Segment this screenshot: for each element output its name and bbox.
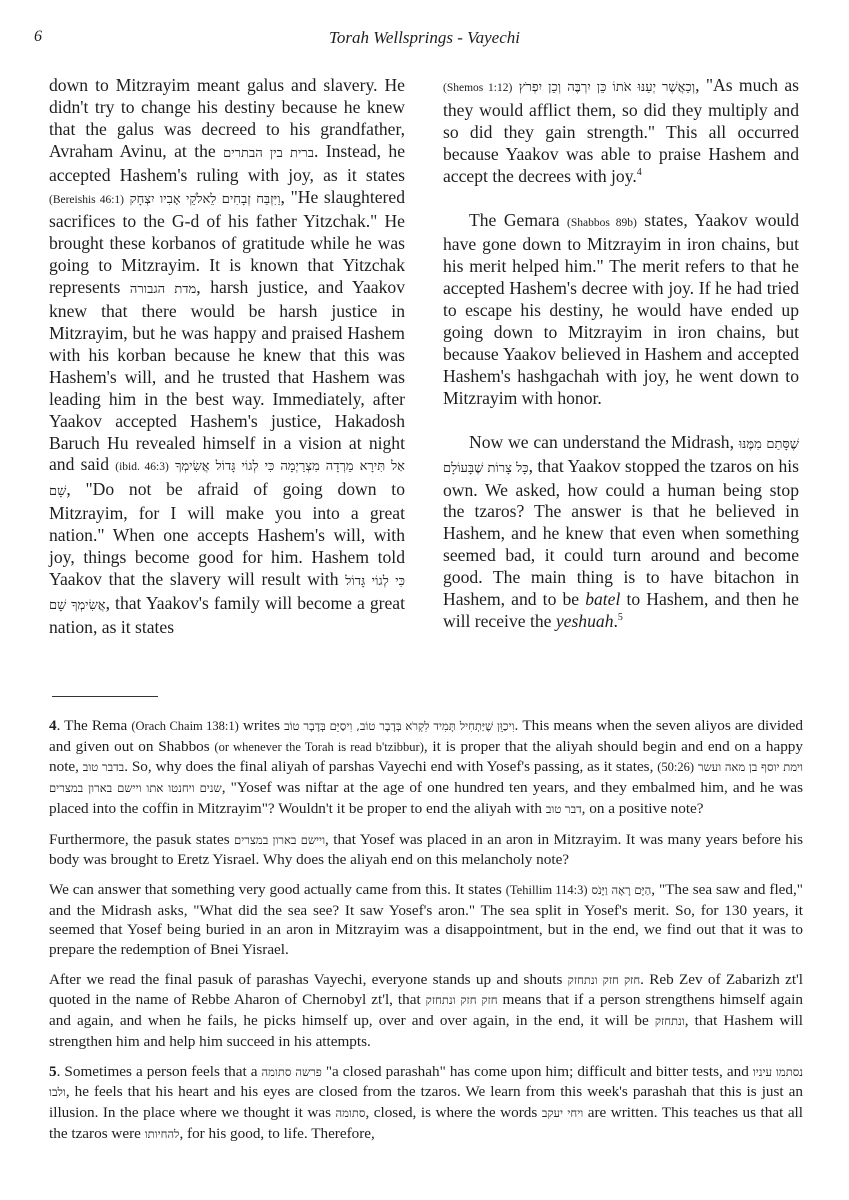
- hebrew-quote: דבר טוב: [546, 802, 582, 816]
- citation: (ibid. 46:3): [115, 461, 169, 473]
- citation: (or whenever the Torah is read b'tzibbur…: [214, 740, 423, 754]
- footnote-4-paragraph: After we read the final pasuk of parasha…: [49, 970, 803, 1052]
- hebrew-quote: וַיִּזְבַּח זְבָחִים לֵאלֹקֵי אָבִיו יִצ…: [130, 192, 281, 207]
- body-text: , that Yaakov stopped the tzaros on his …: [443, 456, 799, 609]
- footnote-number: 5: [49, 1063, 57, 1080]
- footnote-ref[interactable]: 5: [618, 612, 623, 623]
- hebrew-quote: ונתחזק: [655, 1014, 685, 1028]
- hebrew-quote: מדת הגבורה: [130, 282, 196, 297]
- body-paragraph: The Gemara (Shabbos 89b) states, Yaakov …: [443, 210, 799, 410]
- footnote-number: 4: [49, 717, 57, 734]
- footnote-text: . Sometimes a person feels that a: [57, 1063, 262, 1080]
- footnote-text: Furthermore, the pasuk states: [49, 831, 234, 848]
- hebrew-quote: הַיָּם רָאָה וַיָּנֹס: [591, 883, 651, 897]
- footnote-text: . The Rema: [57, 717, 132, 734]
- footnote-4-paragraph: 4. The Rema (Orach Chaim 138:1) writes ו…: [49, 716, 803, 820]
- hebrew-quote: ברית בין הבתרים: [223, 146, 314, 161]
- footnotes-section: 4. The Rema (Orach Chaim 138:1) writes ו…: [49, 716, 803, 1154]
- body-paragraph: down to Mitzrayim meant galus and slaver…: [49, 75, 405, 639]
- italic-term: yeshuah: [556, 611, 614, 631]
- hebrew-quote: חזק חזק ונתחזק: [426, 993, 498, 1007]
- footnote-text: writes: [239, 717, 284, 734]
- body-paragraph: Now we can understand the Midrash, שֶׁסָ…: [443, 432, 799, 633]
- hebrew-quote: סתומה: [336, 1106, 366, 1120]
- citation: (Shabbos 89b): [567, 217, 637, 229]
- hebrew-quote: ויישם בארון במצרים: [234, 833, 325, 847]
- running-title: Torah Wellsprings - Vayechi: [0, 28, 849, 48]
- citation: (Tehillim 114:3): [506, 883, 588, 897]
- footnote-4-paragraph: We can answer that something very good a…: [49, 880, 803, 960]
- footnote-4-paragraph: Furthermore, the pasuk states ויישם בארו…: [49, 830, 803, 870]
- body-paragraph: (Shemos 1:12) וְכַאֲשֶׁר יְעַנּוּ אֹתוֹ …: [443, 75, 799, 188]
- hebrew-quote: חזק חזק ונתחזק: [568, 973, 641, 987]
- footnote-text: , closed, is where the words: [365, 1104, 541, 1121]
- citation: (Bereishis 46:1): [49, 194, 124, 206]
- body-text: states, Yaakov would have gone down to M…: [443, 210, 799, 408]
- body-text: Now we can understand the Midrash,: [469, 432, 739, 452]
- citation: (Orach Chaim 138:1): [131, 719, 238, 733]
- italic-term: batel: [585, 589, 620, 609]
- body-text: , harsh justice, and Yaakov knew that th…: [49, 277, 405, 474]
- hebrew-quote: וִיכַוֵּן שֶׁיַּתְחִיל תָּמִיד לִקְרֹא ב…: [284, 719, 514, 733]
- footnote-text: "a closed parashah" has come upon him; d…: [322, 1063, 753, 1080]
- body-text: The Gemara: [469, 210, 567, 230]
- footnote-divider: [52, 696, 158, 697]
- footnote-ref[interactable]: 4: [637, 167, 642, 178]
- citation: (Shemos 1:12): [443, 82, 512, 94]
- hebrew-quote: ויחי יעקב: [542, 1106, 583, 1120]
- footnote-5-paragraph: 5. Sometimes a person feels that a פרשה …: [49, 1062, 803, 1145]
- page-header: 6 Torah Wellsprings - Vayechi: [0, 28, 849, 52]
- right-column: (Shemos 1:12) וְכַאֲשֶׁר יְעַנּוּ אֹתוֹ …: [443, 75, 799, 633]
- hebrew-quote: בדבר טוב: [83, 760, 124, 774]
- footnote-text: . So, why does the final aliyah of parsh…: [124, 758, 657, 775]
- citation: (50:26): [657, 760, 694, 774]
- left-column: down to Mitzrayim meant galus and slaver…: [49, 75, 405, 639]
- hebrew-quote: פרשה סתומה: [262, 1065, 322, 1079]
- footnote-text: , for his good, to life. Therefore,: [179, 1125, 374, 1142]
- hebrew-quote: וְכַאֲשֶׁר יְעַנּוּ אֹתוֹ כֵּן יִרְבֶּה …: [519, 80, 695, 95]
- hebrew-quote: להחיותו: [145, 1127, 180, 1141]
- footnote-text: After we read the final pasuk of parasha…: [49, 971, 568, 988]
- footnote-text: , on a positive note?: [582, 800, 704, 817]
- footnote-text: We can answer that something very good a…: [49, 881, 506, 898]
- body-text: , "Do not be afraid of going down to Mit…: [49, 479, 405, 589]
